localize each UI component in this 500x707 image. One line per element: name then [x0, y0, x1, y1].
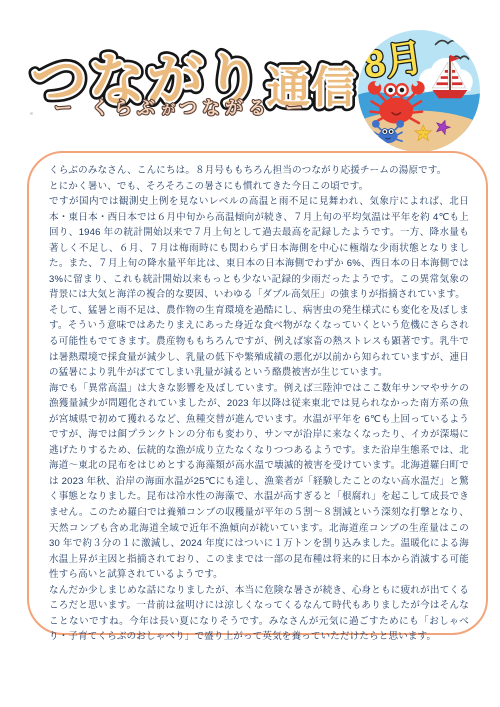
subtitle-dash-right: ー — [285, 98, 308, 118]
month-badge: 8月 — [357, 29, 481, 153]
newsletter-body-box: くらぶのみなさん、こんにちは。８月号ももちろん担当のつながり応援チームの湯原です… — [27, 151, 488, 635]
newsletter-subtitle: ーくらぶがつながるー — [52, 92, 310, 124]
newsletter-paragraph-intro: とにかく暑い、でも、そろそろこの暑さにも慣れてきた今日この頃です。 — [49, 179, 469, 195]
newsletter-paragraph-weather: ですが国内では観測史上例を見ないレベルの高温と雨不足に見舞われ、気象庁によれば、… — [49, 194, 469, 303]
newsletter-paragraph-ocean: 海でも「異常高温」は大きな影響を及ぼしています。例えば三陸沖ではここ数年サンマや… — [49, 381, 469, 583]
newsletter-paragraph-greeting: くらぶのみなさん、こんにちは。８月号ももちろん担当のつながり応援チームの湯原です… — [49, 163, 469, 179]
scan-artifact-dot — [30, 112, 33, 115]
subtitle-dash-left: ー — [54, 98, 77, 118]
newsletter-paragraph-closing: なんだか少しまじめな話になりましたが、本当に危険な暑さが続き、心身ともに疲れが出… — [49, 583, 469, 645]
badge-month-label: 8月 — [361, 36, 426, 87]
svg-text:ーくらぶがつながるー: ーくらぶがつながるー — [54, 98, 308, 118]
newsletter-paragraph-agriculture: そして、猛暑と雨不足は、農作物の生育環境を過酷にし、病害虫の発生様式にも変化を及… — [49, 303, 469, 381]
subtitle-particle: が — [162, 102, 177, 117]
subtitle-part2: つながる — [179, 98, 271, 118]
subtitle-part1: くらぶ — [91, 98, 160, 118]
